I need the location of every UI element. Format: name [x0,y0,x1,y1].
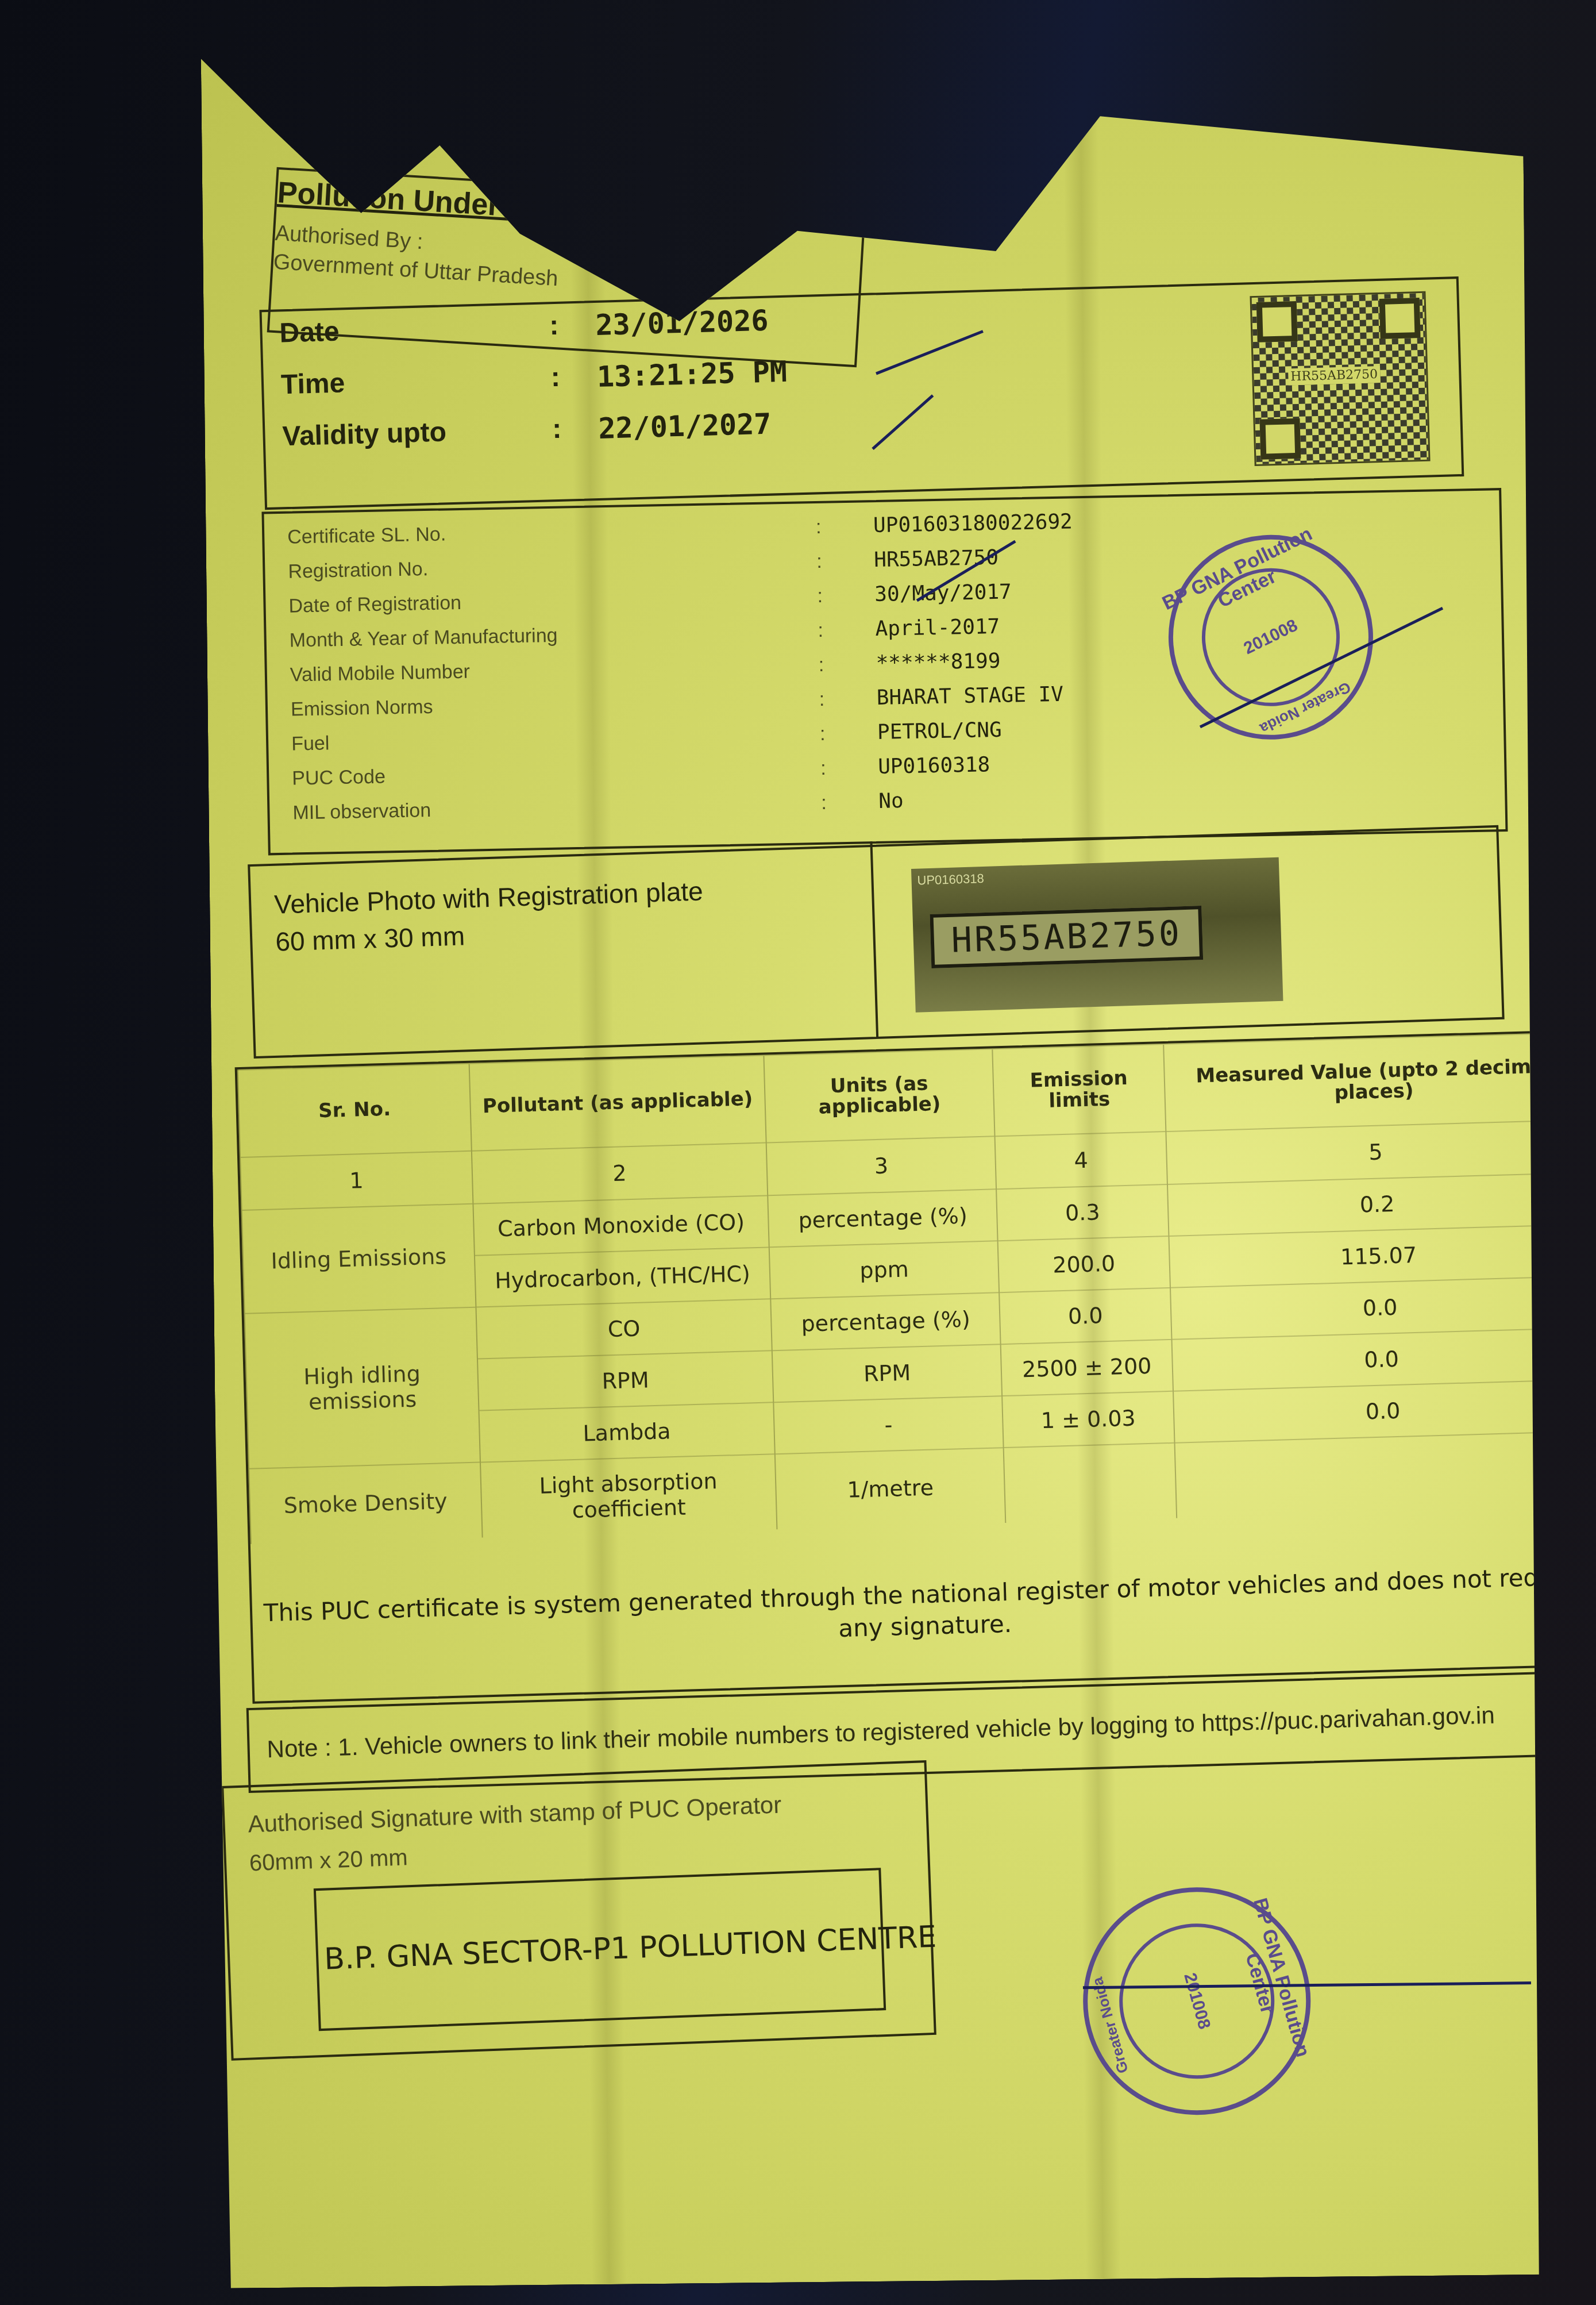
detail-label: Month & Year of Manufacturing [289,619,818,652]
rubber-stamp-icon: BP GNA Pollution Center Greater Noida 20… [1057,1861,1337,2141]
date-row: Date : 23/01/2026 [279,304,769,351]
photo-overlay-code: UP0160318 [917,871,984,888]
separator: : [818,618,876,642]
form-number: Form 59 [811,161,911,198]
vehicle-detail-row: Fuel:PETROL/CNG [291,718,1002,756]
pollution-centre-name: B.P. GNA SECTOR-P1 POLLUTION CENTRE [323,1920,937,1977]
vehicle-photo-section: Vehicle Photo with Registration plate 60… [248,825,1505,1059]
separator: : [816,515,874,538]
separator: : [818,653,876,676]
column-header: Units (as applicable) [764,1049,995,1142]
emission-group-label: Idling Emissions [242,1204,476,1314]
registration-plate: HR55AB2750 [930,906,1203,968]
vehicle-details-section: Certificate SL. No.:UP01603180022692Regi… [261,488,1508,855]
detail-value: April-2017 [875,615,1000,641]
table-body: 12345Idling EmissionsCarbon Monoxide (CO… [240,1120,1594,1544]
pollutant-cell: RPM [477,1350,774,1410]
detail-value: PETROL/CNG [877,718,1002,744]
separator: : [550,360,597,395]
authorised-by-label: Authorised By : [275,221,424,255]
validity-row: Validity upto : 22/01/2027 [282,407,772,455]
detail-label: Emission Norms [291,688,820,721]
time-label: Time [280,361,551,402]
column-number: 4 [995,1132,1167,1189]
validity-value: 22/01/2027 [598,407,772,445]
column-number: 2 [471,1142,768,1203]
detail-label: MIL observation [292,792,822,825]
qr-finder-pattern [1379,298,1421,339]
vehicle-photo-image: UP0160318 HR55AB2750 [911,857,1283,1013]
detail-label: Fuel [291,723,820,756]
date-label: Date [279,310,550,351]
emissions-table-section: Sr. No.Pollutant (as applicable)Units (a… [235,1030,1596,1704]
separator: : [820,722,878,745]
vehicle-detail-row: MIL observation:No [292,789,904,824]
detail-label: Valid Mobile Number [290,654,819,687]
detail-label: Date of Registration [288,585,818,618]
detail-value: No [878,789,904,813]
separator: : [816,549,874,573]
signature-dimensions: 60mm x 20 mm [249,1845,408,1876]
separator: : [817,584,875,607]
column-header: Measured Value (upto 2 decimal places) [1163,1033,1583,1132]
date-value: 23/01/2026 [595,304,769,342]
pollutant-cell: Carbon Monoxide (CO) [473,1195,769,1255]
unit-cell: 1/metre [775,1448,1005,1529]
signature-section: Authorised Signature with stamp of PUC O… [221,1760,936,2061]
pollutant-cell: Lambda [479,1402,775,1462]
column-header: Emission limits [992,1044,1166,1136]
detail-value: ******8199 [876,649,1000,675]
certificate-content: Pollution Under Control Certificate Auth… [201,45,1546,2288]
separator: : [820,756,878,780]
time-row: Time : 13:21:25 PM [280,355,787,403]
separator: : [552,412,599,447]
pollution-centre-box: B.P. GNA SECTOR-P1 POLLUTION CENTRE [314,1868,886,2031]
vehicle-detail-row: Emission Norms:BHARAT STAGE IV [291,683,1064,721]
separator: : [821,791,879,814]
vehicle-detail-row: Certificate SL. No.:UP01603180022692 [287,510,1073,548]
validity-label: Validity upto [282,413,553,454]
qr-finder-pattern [1259,418,1301,460]
pen-tick-mark [876,330,984,375]
detail-label: PUC Code [292,757,821,790]
unit-cell: ppm [769,1241,999,1299]
unit-cell: - [774,1396,1004,1454]
unit-cell: percentage (%) [771,1292,1001,1350]
unit-cell: RPM [772,1344,1002,1402]
vehicle-photo-dimensions: 60 mm x 30 mm [275,920,465,957]
detail-label: Registration No. [288,551,817,583]
unit-cell: percentage (%) [768,1189,998,1247]
photo-divider [870,841,878,1037]
qr-code-icon: HR55AB2750 [1250,291,1430,466]
limit-cell: 2500 ± 200 [1001,1340,1173,1396]
system-generated-statement: This PUC certificate is system generated… [252,1560,1596,1660]
detail-value: UP0160318 [878,753,990,779]
pollutant-cell: Light absorption coefficient [480,1454,777,1537]
column-number: 3 [766,1136,996,1195]
vehicle-detail-row: Date of Registration:30/May/2017 [288,580,1012,617]
pollutant-cell: Hydrocarbon, (THC/HC) [475,1247,771,1307]
vehicle-detail-row: Registration No.:HR55AB2750 [288,546,999,583]
limit-cell: 0.3 [996,1184,1169,1241]
issuing-authority: Government of Uttar Pradesh [273,250,559,291]
pollutant-cell: CO [476,1299,772,1359]
limit-cell: 0.0 [999,1288,1171,1344]
vehicle-detail-row: Month & Year of Manufacturing:April-2017 [289,615,1000,652]
limit-cell [1004,1443,1177,1523]
column-header: Pollutant (as applicable) [469,1055,766,1150]
rubber-stamp-icon: BP GNA Pollution Center Greater Noida 20… [1134,501,1408,774]
note-text: Note : 1. Vehicle owners to link their m… [267,1701,1495,1763]
rule-reference: [See rules 115 (2)] [788,199,949,237]
detail-value: UP01603180022692 [873,510,1073,537]
detail-value: BHARAT STAGE IV [876,683,1063,710]
limit-cell: 200.0 [998,1236,1170,1292]
column-header: Sr. No. [238,1064,472,1157]
puc-certificate-paper: Pollution Under Control Certificate Auth… [201,45,1546,2288]
emission-group-label: Smoke Density [249,1463,482,1544]
limit-cell: 1 ± 0.03 [1002,1391,1174,1448]
vehicle-detail-row: Valid Mobile Number:******8199 [290,649,1001,687]
emissions-table: Sr. No.Pollutant (as applicable)Units (a… [237,1032,1594,1544]
qr-embedded-text: HR55AB2750 [1288,366,1381,385]
separator: : [549,309,596,343]
detail-label: Certificate SL. No. [287,516,816,549]
measured-cell [1174,1431,1594,1518]
issue-details-section: Date : 23/01/2026 Time : 13:21:25 PM Val… [259,276,1464,510]
vehicle-detail-row: PUC Code:UP0160318 [292,753,990,790]
separator: : [819,687,877,711]
qr-finder-pattern [1256,301,1298,343]
time-value: 13:21:25 PM [596,355,788,394]
vehicle-photo-label: Vehicle Photo with Registration plate [273,875,703,919]
detail-value: HR55AB2750 [874,546,999,572]
pen-tick-mark [872,394,934,450]
signature-label: Authorised Signature with stamp of PUC O… [248,1791,782,1838]
column-number: 1 [240,1151,473,1210]
emission-group-label: High idling emissions [245,1307,480,1469]
